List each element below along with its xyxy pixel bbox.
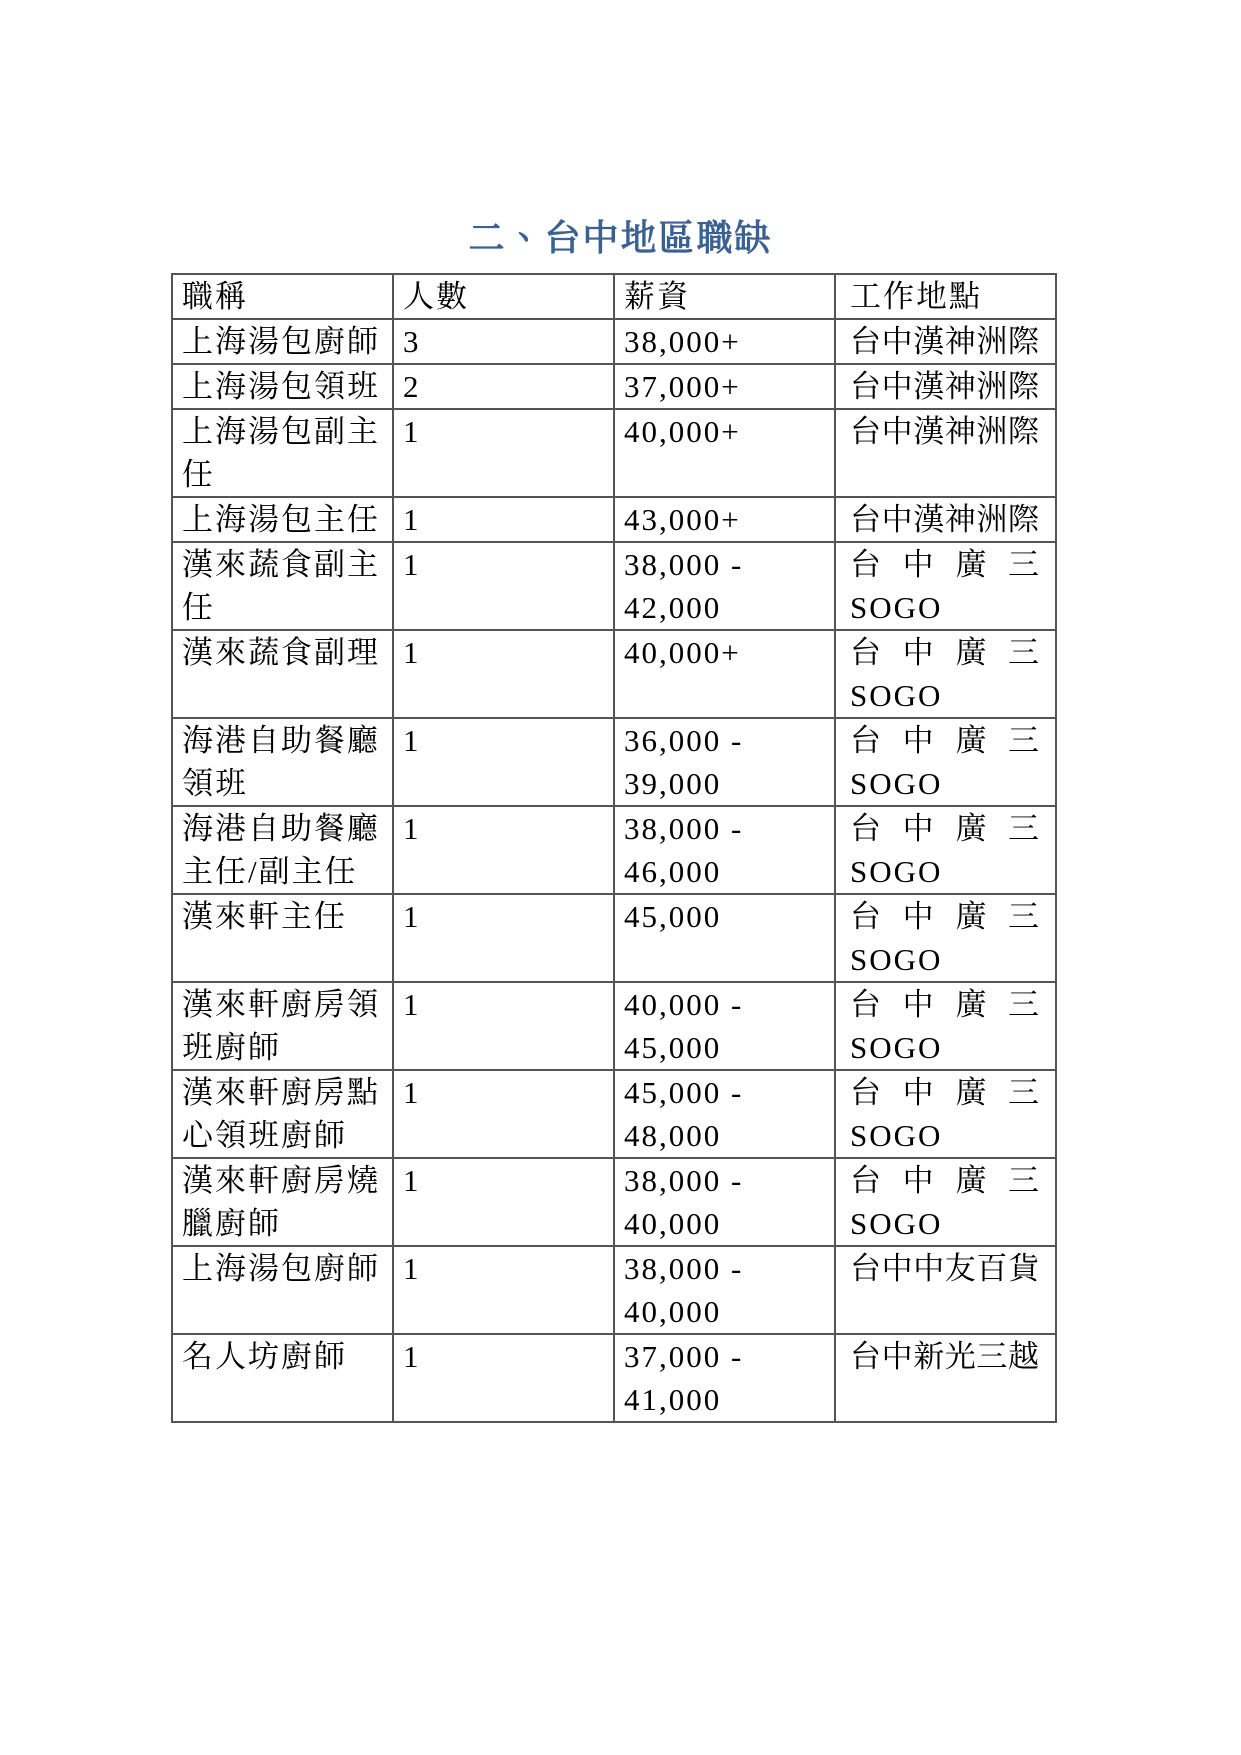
job-title-text: 班廚師 <box>182 1026 384 1069</box>
job-title-text: 海港自助餐廳 <box>182 807 384 850</box>
salary-text: 45,000 <box>624 1026 826 1069</box>
cell-work-location: 台中廣三SOGO <box>835 630 1056 718</box>
salary-text: 45,000 <box>624 895 826 938</box>
job-title-text: 漢來蔬食副理 <box>182 631 384 674</box>
salary-text: 37,000 - <box>624 1335 826 1378</box>
salary-text: 42,000 <box>624 586 826 629</box>
salary-text: 38,000 - <box>624 807 826 850</box>
cell-work-location: 台中漢神洲際 <box>835 364 1056 409</box>
cell-work-location: 台中廣三SOGO <box>835 1158 1056 1246</box>
cell-headcount: 1 <box>393 1246 614 1334</box>
column-header-work-location: 工作地點 <box>835 274 1056 319</box>
work-location-text: 台中廣三 <box>850 1159 1039 1202</box>
cell-work-location: 台中漢神洲際 <box>835 497 1056 542</box>
work-location-text: 台中漢神洲際 <box>850 410 1039 453</box>
job-title-text: 漢來蔬食副主 <box>182 543 384 586</box>
cell-headcount: 1 <box>393 982 614 1070</box>
salary-text: 38,000+ <box>624 320 826 363</box>
work-location-text: SOGO <box>850 1026 1039 1069</box>
salary-text: 43,000+ <box>624 498 826 541</box>
job-title-text: 上海湯包廚師 <box>182 1247 384 1290</box>
work-location-text: 台中廣三 <box>850 983 1039 1026</box>
cell-job-title: 漢來軒主任 <box>172 894 393 982</box>
work-location-text: SOGO <box>850 586 1039 629</box>
table-row: 漢來軒廚房燒臘廚師138,000 -40,000台中廣三SOGO <box>172 1158 1056 1246</box>
job-title-text: 上海湯包廚師 <box>182 320 384 363</box>
cell-headcount: 1 <box>393 1070 614 1158</box>
cell-headcount: 1 <box>393 718 614 806</box>
cell-headcount: 1 <box>393 497 614 542</box>
cell-salary: 45,000 <box>614 894 835 982</box>
salary-text: 40,000 <box>624 1202 826 1245</box>
cell-job-title: 上海湯包領班 <box>172 364 393 409</box>
cell-salary: 40,000+ <box>614 630 835 718</box>
page-title: 二、台中地區職缺 <box>0 0 1241 260</box>
table-body: 上海湯包廚師338,000+台中漢神洲際上海湯包領班237,000+台中漢神洲際… <box>172 319 1056 1422</box>
salary-text: 40,000 <box>624 1290 826 1333</box>
job-title-text: 主任/副主任 <box>182 850 384 893</box>
work-location-text: 台中廣三 <box>850 1071 1039 1114</box>
cell-job-title: 上海湯包廚師 <box>172 319 393 364</box>
cell-headcount: 1 <box>393 894 614 982</box>
salary-text: 37,000+ <box>624 365 826 408</box>
salary-text: 45,000 - <box>624 1071 826 1114</box>
cell-job-title: 名人坊廚師 <box>172 1334 393 1422</box>
cell-salary: 43,000+ <box>614 497 835 542</box>
cell-salary: 38,000+ <box>614 319 835 364</box>
table-row: 上海湯包副主任140,000+台中漢神洲際 <box>172 409 1056 497</box>
work-location-text: 台中廣三 <box>850 719 1039 762</box>
cell-work-location: 台中廣三SOGO <box>835 1070 1056 1158</box>
cell-work-location: 台中漢神洲際 <box>835 319 1056 364</box>
cell-work-location: 台中漢神洲際 <box>835 409 1056 497</box>
table-row: 漢來軒主任145,000台中廣三SOGO <box>172 894 1056 982</box>
salary-text: 38,000 - <box>624 1159 826 1202</box>
cell-salary: 40,000 -45,000 <box>614 982 835 1070</box>
salary-text: 40,000+ <box>624 410 826 453</box>
cell-job-title: 漢來蔬食副理 <box>172 630 393 718</box>
cell-job-title: 漢來蔬食副主任 <box>172 542 393 630</box>
cell-salary: 40,000+ <box>614 409 835 497</box>
salary-text: 39,000 <box>624 762 826 805</box>
job-title-text: 漢來軒主任 <box>182 895 384 938</box>
cell-salary: 38,000 -42,000 <box>614 542 835 630</box>
work-location-text: SOGO <box>850 674 1039 717</box>
table-row: 漢來蔬食副理140,000+台中廣三SOGO <box>172 630 1056 718</box>
column-header-headcount: 人數 <box>393 274 614 319</box>
work-location-text: 台中廣三 <box>850 543 1039 586</box>
work-location-text: 台中漢神洲際 <box>850 365 1039 408</box>
cell-work-location: 台中廣三SOGO <box>835 718 1056 806</box>
work-location-text: 台中廣三 <box>850 631 1039 674</box>
job-title-text: 海港自助餐廳 <box>182 719 384 762</box>
cell-salary: 45,000 -48,000 <box>614 1070 835 1158</box>
cell-headcount: 1 <box>393 630 614 718</box>
table-row: 海港自助餐廳領班136,000 -39,000台中廣三SOGO <box>172 718 1056 806</box>
salary-text: 36,000 - <box>624 719 826 762</box>
job-title-text: 上海湯包主任 <box>182 498 384 541</box>
cell-headcount: 3 <box>393 319 614 364</box>
cell-job-title: 上海湯包廚師 <box>172 1246 393 1334</box>
cell-headcount: 1 <box>393 1334 614 1422</box>
cell-headcount: 1 <box>393 542 614 630</box>
job-title-text: 漢來軒廚房點 <box>182 1071 384 1114</box>
work-location-text: 台中廣三 <box>850 807 1039 850</box>
table-row: 漢來蔬食副主任138,000 -42,000台中廣三SOGO <box>172 542 1056 630</box>
work-location-text: 台中漢神洲際 <box>850 320 1039 363</box>
table-row: 上海湯包領班237,000+台中漢神洲際 <box>172 364 1056 409</box>
cell-job-title: 上海湯包副主任 <box>172 409 393 497</box>
job-title-text: 心領班廚師 <box>182 1114 384 1157</box>
job-title-text: 任 <box>182 586 384 629</box>
cell-headcount: 2 <box>393 364 614 409</box>
cell-salary: 37,000+ <box>614 364 835 409</box>
table-row: 漢來軒廚房點心領班廚師145,000 -48,000台中廣三SOGO <box>172 1070 1056 1158</box>
work-location-text: 台中漢神洲際 <box>850 498 1039 541</box>
cell-job-title: 上海湯包主任 <box>172 497 393 542</box>
job-title-text: 名人坊廚師 <box>182 1335 384 1378</box>
work-location-text: 台中新光三越 <box>850 1335 1039 1378</box>
salary-text: 40,000 - <box>624 983 826 1026</box>
salary-text: 38,000 - <box>624 1247 826 1290</box>
job-title-text: 漢來軒廚房燒 <box>182 1159 384 1202</box>
table-row: 上海湯包廚師338,000+台中漢神洲際 <box>172 319 1056 364</box>
cell-headcount: 1 <box>393 806 614 894</box>
cell-salary: 38,000 -40,000 <box>614 1246 835 1334</box>
cell-job-title: 漢來軒廚房領班廚師 <box>172 982 393 1070</box>
cell-work-location: 台中廣三SOGO <box>835 982 1056 1070</box>
job-title-text: 上海湯包領班 <box>182 365 384 408</box>
cell-work-location: 台中廣三SOGO <box>835 806 1056 894</box>
cell-work-location: 台中中友百貨 <box>835 1246 1056 1334</box>
salary-text: 41,000 <box>624 1378 826 1421</box>
cell-salary: 38,000 -40,000 <box>614 1158 835 1246</box>
cell-work-location: 台中廣三SOGO <box>835 894 1056 982</box>
salary-text: 40,000+ <box>624 631 826 674</box>
table-row: 上海湯包廚師138,000 -40,000台中中友百貨 <box>172 1246 1056 1334</box>
job-title-text: 上海湯包副主 <box>182 410 384 453</box>
cell-work-location: 台中廣三SOGO <box>835 542 1056 630</box>
work-location-text: SOGO <box>850 762 1039 805</box>
salary-text: 38,000 - <box>624 543 826 586</box>
table-row: 漢來軒廚房領班廚師140,000 -45,000台中廣三SOGO <box>172 982 1056 1070</box>
cell-job-title: 漢來軒廚房燒臘廚師 <box>172 1158 393 1246</box>
table-row: 上海湯包主任143,000+台中漢神洲際 <box>172 497 1056 542</box>
column-header-salary: 薪資 <box>614 274 835 319</box>
cell-work-location: 台中新光三越 <box>835 1334 1056 1422</box>
work-location-text: SOGO <box>850 1114 1039 1157</box>
cell-headcount: 1 <box>393 409 614 497</box>
salary-text: 48,000 <box>624 1114 826 1157</box>
cell-job-title: 漢來軒廚房點心領班廚師 <box>172 1070 393 1158</box>
table-header-row: 職稱人數薪資工作地點 <box>172 274 1056 319</box>
job-title-text: 領班 <box>182 762 384 805</box>
job-title-text: 臘廚師 <box>182 1202 384 1245</box>
table-row: 名人坊廚師137,000 -41,000台中新光三越 <box>172 1334 1056 1422</box>
work-location-text: SOGO <box>850 938 1039 981</box>
work-location-text: SOGO <box>850 850 1039 893</box>
document-page: 二、台中地區職缺 職稱人數薪資工作地點 上海湯包廚師338,000+台中漢神洲際… <box>0 0 1241 1755</box>
table-row: 海港自助餐廳主任/副主任138,000 -46,000台中廣三SOGO <box>172 806 1056 894</box>
cell-headcount: 1 <box>393 1158 614 1246</box>
job-title-text: 漢來軒廚房領 <box>182 983 384 1026</box>
cell-job-title: 海港自助餐廳領班 <box>172 718 393 806</box>
job-vacancy-table: 職稱人數薪資工作地點 上海湯包廚師338,000+台中漢神洲際上海湯包領班237… <box>171 273 1057 1423</box>
cell-salary: 37,000 -41,000 <box>614 1334 835 1422</box>
salary-text: 46,000 <box>624 850 826 893</box>
cell-salary: 38,000 -46,000 <box>614 806 835 894</box>
column-header-job-title: 職稱 <box>172 274 393 319</box>
cell-salary: 36,000 -39,000 <box>614 718 835 806</box>
work-location-text: 台中廣三 <box>850 895 1039 938</box>
work-location-text: 台中中友百貨 <box>850 1247 1039 1290</box>
job-title-text: 任 <box>182 453 384 496</box>
work-location-text: SOGO <box>850 1202 1039 1245</box>
cell-job-title: 海港自助餐廳主任/副主任 <box>172 806 393 894</box>
